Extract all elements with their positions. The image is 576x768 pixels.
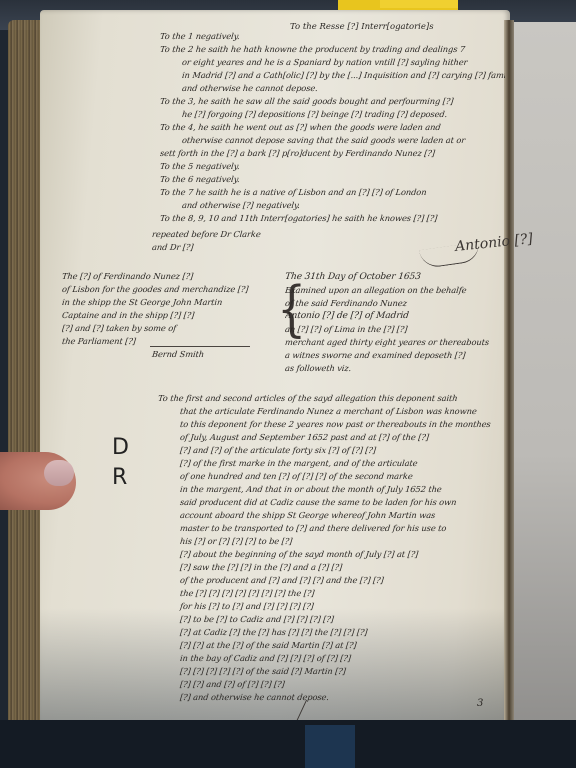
body-line: [?] saw the [?] [?] in the [?] and a [?]… xyxy=(158,561,508,574)
answer-line: To the 7 he saith he is a native of Lisb… xyxy=(160,186,505,199)
body-line: of the producent and [?] and [?] [?] and… xyxy=(158,574,508,587)
body-line: [?] to be [?] to Cadiz and [?] [?] [?] [… xyxy=(158,613,508,626)
margin-marks: D R xyxy=(112,433,129,493)
body-line: for his [?] to [?] and [?] [?] [?] [?] xyxy=(158,600,508,613)
witness-line: an [?] [?] of Lima in the [?] [?] xyxy=(285,323,507,336)
margin-line: of Lisbon for the goodes and merchandize… xyxy=(62,283,270,296)
deposition-header: The 31th Day of October 1653 Examined up… xyxy=(285,271,507,375)
repeated-before-note: repeated before Dr Clarke and Dr [?] xyxy=(152,228,272,254)
answer-line: in Madrid [?] and a Cath[olic] [?] by th… xyxy=(160,69,505,82)
main-body-text: To the first and second articles of the … xyxy=(158,392,508,704)
margin-mark-r: R xyxy=(112,463,129,493)
fingernail xyxy=(44,460,74,486)
body-line: the [?] [?] [?] [?] [?] [?] [?] the [?] xyxy=(158,587,508,600)
body-line: [?] about the beginning of the sayd mont… xyxy=(158,548,508,561)
witness-line: merchant aged thirty eight yeares or the… xyxy=(285,336,507,349)
margin-mark-d: D xyxy=(112,433,129,463)
margin-signature: Bernd Smith xyxy=(62,348,270,361)
witness-line: as followeth viz. xyxy=(285,362,507,375)
blue-cloth-patch xyxy=(305,725,355,768)
answer-line: To the 5 negatively. xyxy=(160,160,505,173)
answer-line: sett forth in the [?] a bark [?] p[ro]du… xyxy=(160,147,505,160)
answer-line: otherwise cannot depose saving that the … xyxy=(160,134,505,147)
margin-line: [?] and [?] taken by some of xyxy=(62,322,270,335)
body-line: [?] at Cadiz [?] the [?] has [?] [?] the… xyxy=(158,626,508,639)
body-line: his [?] or [?] [?] [?] to be [?] xyxy=(158,535,508,548)
answer-line: and otherwise [?] negatively. xyxy=(160,199,505,212)
body-line: in the margent, And that in or about the… xyxy=(158,483,508,496)
body-line: said producent did at Cadiz cause the sa… xyxy=(158,496,508,509)
repeated-line: and Dr [?] xyxy=(152,241,272,254)
body-line: that the articulate Ferdinando Nunez a m… xyxy=(158,405,508,418)
answer-line: he [?] forgoing [?] depositions [?] bein… xyxy=(160,108,505,121)
margin-line: The [?] of Ferdinando Nunez [?] xyxy=(62,270,270,283)
body-line: account aboard the shipp St George where… xyxy=(158,509,508,522)
body-line: [?] of the first marke in the margent, a… xyxy=(158,457,508,470)
margin-line: Captaine and in the shipp [?] [?] xyxy=(62,309,270,322)
margin-left-note: The [?] of Ferdinando Nunez [?] of Lisbo… xyxy=(62,270,270,361)
body-line: [?] [?] at the [?] of the said Martin [?… xyxy=(158,639,508,652)
background-bottom xyxy=(0,720,576,768)
folio-mark: 3 xyxy=(477,698,483,709)
answer-line: To the 4, he saith he went out as [?] wh… xyxy=(160,121,505,134)
repeated-line: repeated before Dr Clarke xyxy=(152,228,272,241)
deposition-intro: Examined upon an allegation on the behal… xyxy=(285,284,507,297)
answer-line: or eight yeares and he is a Spaniard by … xyxy=(160,56,505,69)
body-line: [?] and [?] of the articulate forty six … xyxy=(158,444,508,457)
witness-line: Antonio [?] de [?] of Madrid xyxy=(285,310,507,323)
body-line: master to be transported to [?] and ther… xyxy=(158,522,508,535)
answers-block: To the 1 negatively. To the 2 he saith h… xyxy=(160,30,505,225)
witness-line: a witnes sworne and examined deposeth [?… xyxy=(285,349,507,362)
answer-line: and otherwise he cannot depose. xyxy=(160,82,505,95)
margin-line: in the shipp the St George John Martin xyxy=(62,296,270,309)
answer-line: To the 1 negatively. xyxy=(160,30,505,43)
answer-line: To the 6 negatively. xyxy=(160,173,505,186)
body-line: of July, August and September 1652 past … xyxy=(158,431,508,444)
body-line: To the first and second articles of the … xyxy=(158,392,508,405)
body-line: [?] [?] [?] [?] [?] of the said [?] Mart… xyxy=(158,665,508,678)
answer-line: To the 3, he saith he saw all the said g… xyxy=(160,95,505,108)
body-line: [?] [?] and [?] of [?] [?] [?] xyxy=(158,678,508,691)
body-line: to this deponent for these 2 yeares now … xyxy=(158,418,508,431)
answer-line: To the 8, 9, 10 and 11th Interr[ogatorie… xyxy=(160,212,505,225)
body-line: in the bay of Cadiz and [?] [?] [?] of [… xyxy=(158,652,508,665)
yellow-tab-highlight xyxy=(380,0,458,8)
answer-line: To the 2 he saith he hath knowne the pro… xyxy=(160,43,505,56)
deposition-date: The 31th Day of October 1653 xyxy=(285,271,507,284)
right-page xyxy=(512,22,576,742)
body-line: of one hundred and ten [?] of [?] [?] of… xyxy=(158,470,508,483)
margin-underline xyxy=(150,346,250,347)
deposition-intro: of the said Ferdinando Nunez xyxy=(285,297,507,310)
